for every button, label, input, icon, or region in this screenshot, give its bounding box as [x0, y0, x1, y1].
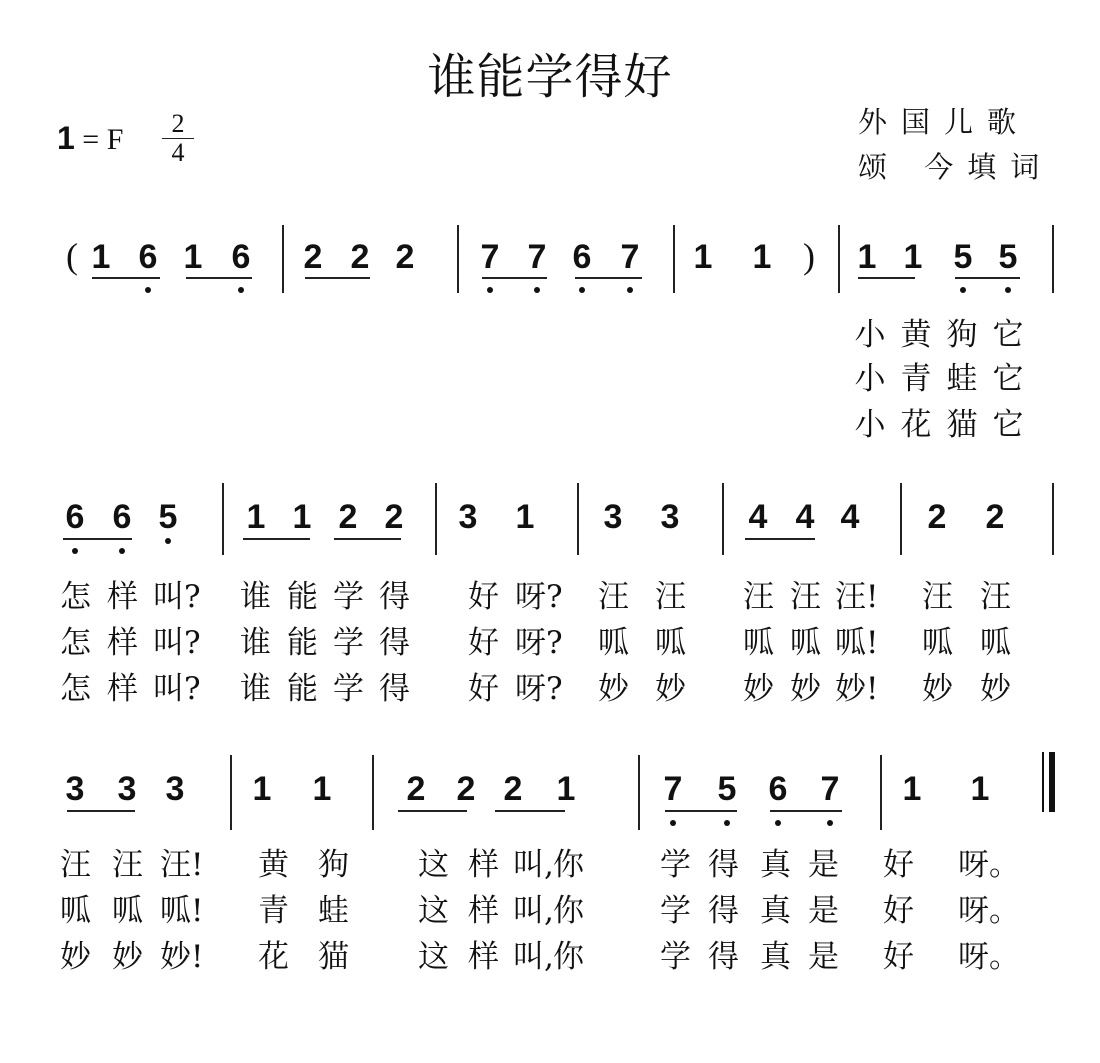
lyric-char: 真	[760, 940, 791, 974]
note: 6	[133, 240, 163, 274]
key-equals: =	[82, 123, 99, 156]
note: 5	[993, 240, 1023, 274]
note: 7	[475, 240, 505, 274]
lyric-char: 是	[808, 894, 839, 928]
beam-underline	[186, 277, 252, 279]
note: 1	[307, 772, 337, 806]
low-octave-dot	[165, 538, 171, 544]
lyric-char: 呱	[743, 626, 774, 660]
barline	[638, 755, 640, 830]
lyric-char: 青	[898, 362, 934, 396]
key-name: F	[107, 123, 124, 156]
barline	[880, 755, 882, 830]
lyric-char: 好	[468, 672, 499, 706]
note: 2	[980, 500, 1010, 534]
note: 5	[948, 240, 978, 274]
key-signature: 1 = F	[57, 120, 123, 157]
final-barline-thin	[1042, 752, 1044, 812]
low-octave-dot	[579, 287, 585, 293]
beam-underline	[243, 538, 310, 540]
lyric-char: 好	[883, 940, 914, 974]
note: 2	[379, 500, 409, 534]
lyric-char: 小	[852, 362, 888, 396]
lyric-char: 妙	[980, 672, 1011, 706]
lyric-char: 叫,	[513, 894, 554, 928]
lyric-char: 样	[107, 626, 138, 660]
beam-underline	[745, 538, 815, 540]
lyric-char: 样	[468, 894, 499, 928]
time-numerator: 2	[160, 112, 196, 136]
barline	[1052, 483, 1054, 555]
lyric-char: 样	[468, 848, 499, 882]
lyric-char: 学	[660, 894, 691, 928]
lyric-char: 黄	[898, 318, 934, 352]
low-octave-dot	[145, 287, 151, 293]
lyric-char: 你	[553, 940, 584, 974]
lyric-char: 怎	[60, 626, 91, 660]
lyric-char: 谁	[240, 672, 271, 706]
lyric-char: 这	[418, 848, 449, 882]
low-octave-dot	[960, 287, 966, 293]
lyric-char: 呀。	[958, 940, 1020, 974]
beam-underline	[955, 277, 1020, 279]
low-octave-dot	[72, 548, 78, 554]
lyric-char: 好	[883, 894, 914, 928]
note: 4	[835, 500, 865, 534]
lyric-char: 呱	[980, 626, 1011, 660]
beam-underline	[575, 277, 642, 279]
lyric-char: 妙	[60, 940, 91, 974]
lyric-char: 你	[553, 848, 584, 882]
lyric-char: 是	[808, 848, 839, 882]
lyric-char: 小	[852, 318, 888, 352]
lyric-char: 怎	[60, 672, 91, 706]
barline	[230, 755, 232, 830]
lyric-char: 汪	[743, 580, 774, 614]
barline	[900, 483, 902, 555]
lyric-char: 妙	[112, 940, 143, 974]
note: 6	[763, 772, 793, 806]
lyric-char: 叫?	[153, 626, 201, 660]
note: 1	[852, 240, 882, 274]
lyric-char: 叫?	[153, 672, 201, 706]
note: 6	[567, 240, 597, 274]
lyric-char: 是	[808, 940, 839, 974]
lyric-char: 呱	[790, 626, 821, 660]
lyric-char: 呱	[112, 894, 143, 928]
lyric-char: 叫,	[513, 940, 554, 974]
lyric-char: 花	[258, 940, 289, 974]
note: 3	[453, 500, 483, 534]
barline	[838, 225, 840, 293]
lyric-char: 青	[258, 894, 289, 928]
lyric-char: 样	[468, 940, 499, 974]
lyric-char: 汪	[922, 580, 953, 614]
beam-underline	[63, 538, 132, 540]
lyric-char: 蛙	[944, 362, 980, 396]
lyric-char: 呱	[655, 626, 686, 660]
lyric-char: 叫,	[513, 848, 554, 882]
note: 7	[815, 772, 845, 806]
lyric-char: 它	[990, 362, 1026, 396]
lyric-char: 呀。	[958, 894, 1020, 928]
lyric-char: 花	[898, 408, 934, 442]
lyric-char: 得	[708, 894, 739, 928]
lyric-char: 学	[660, 940, 691, 974]
note: 2	[345, 240, 375, 274]
note: 2	[922, 500, 952, 534]
barline	[722, 483, 724, 555]
credit-lyricist: 颂 今填词	[858, 145, 1053, 186]
time-signature: 2 4	[160, 112, 196, 165]
lyric-char: 狗	[944, 318, 980, 352]
note: 2	[498, 772, 528, 806]
lyric-char: 好	[468, 626, 499, 660]
low-octave-dot	[238, 287, 244, 293]
lyric-char: 妙!	[160, 940, 203, 974]
lyric-char: 样	[107, 580, 138, 614]
note: 3	[655, 500, 685, 534]
lyric-char: 好	[468, 580, 499, 614]
lyric-char: 样	[107, 672, 138, 706]
lyric-char: 能	[287, 580, 318, 614]
note: 3	[598, 500, 628, 534]
lyric-char: 妙	[655, 672, 686, 706]
note: 1	[688, 240, 718, 274]
note: 6	[226, 240, 256, 274]
lyric-char: 真	[760, 894, 791, 928]
low-octave-dot	[827, 820, 833, 826]
lyric-char: 小	[852, 408, 888, 442]
final-barline-thick	[1049, 752, 1055, 812]
note: 1	[247, 772, 277, 806]
barline	[222, 483, 224, 555]
lyric-char: 得	[379, 580, 410, 614]
lyric-char: 真	[760, 848, 791, 882]
lyric-char: 汪	[790, 580, 821, 614]
barline	[577, 483, 579, 555]
lyric-char: 呀?	[515, 626, 563, 660]
note: 2	[401, 772, 431, 806]
lyric-char: 学	[660, 848, 691, 882]
lyric-char: 能	[287, 672, 318, 706]
low-octave-dot	[487, 287, 493, 293]
note: 1	[178, 240, 208, 274]
note: 3	[112, 772, 142, 806]
lyric-char: 得	[708, 940, 739, 974]
lyric-char: 汪	[598, 580, 629, 614]
lyric-char: 呀?	[515, 672, 563, 706]
song-title: 谁能学得好	[0, 38, 1100, 107]
lyric-char: 狗	[318, 848, 349, 882]
note: 2	[298, 240, 328, 274]
note: 2	[333, 500, 363, 534]
low-octave-dot	[724, 820, 730, 826]
note: 4	[790, 500, 820, 534]
beam-underline	[398, 810, 467, 812]
lyric-char: 汪	[112, 848, 143, 882]
barline	[457, 225, 459, 293]
lyric-char: 汪	[655, 580, 686, 614]
lyric-char: 怎	[60, 580, 91, 614]
note: 1	[551, 772, 581, 806]
beam-underline	[495, 810, 565, 812]
lyric-char: 谁	[240, 580, 271, 614]
beam-underline	[482, 277, 547, 279]
note: 7	[522, 240, 552, 274]
note: 4	[743, 500, 773, 534]
lyric-char: 蛙	[318, 894, 349, 928]
lyric-char: 汪!	[835, 580, 878, 614]
lyric-char: 这	[418, 940, 449, 974]
lyric-char: 呱	[598, 626, 629, 660]
beam-underline	[334, 538, 401, 540]
barline	[673, 225, 675, 293]
lyric-char: 妙!	[835, 672, 878, 706]
barline	[282, 225, 284, 293]
note: 1	[965, 772, 995, 806]
lyric-char: 妙	[743, 672, 774, 706]
lyric-char: 呱!	[160, 894, 203, 928]
note: 1	[287, 500, 317, 534]
note: 6	[60, 500, 90, 534]
lyric-char: 汪!	[160, 848, 203, 882]
lyric-char: 得	[379, 626, 410, 660]
note: 1	[510, 500, 540, 534]
beam-underline	[305, 277, 370, 279]
credit-origin: 外国儿歌	[858, 100, 1030, 141]
lyric-char: 学	[333, 626, 364, 660]
low-octave-dot	[670, 820, 676, 826]
beam-underline	[92, 277, 160, 279]
low-octave-dot	[119, 548, 125, 554]
lyric-char: 汪	[60, 848, 91, 882]
low-octave-dot	[775, 820, 781, 826]
lyric-char: 呱	[60, 894, 91, 928]
lyric-char: 妙	[922, 672, 953, 706]
low-octave-dot	[1005, 287, 1011, 293]
lyric-char: 妙	[790, 672, 821, 706]
note: 5	[153, 500, 183, 534]
lyric-char: 得	[708, 848, 739, 882]
lyric-char: 它	[990, 318, 1026, 352]
lyric-char: 黄	[258, 848, 289, 882]
beam-underline	[67, 810, 135, 812]
lyric-char: 能	[287, 626, 318, 660]
lyric-char: 这	[418, 894, 449, 928]
lyric-char: 呀?	[515, 580, 563, 614]
lyric-char: 学	[333, 580, 364, 614]
note: 3	[60, 772, 90, 806]
note: 1	[747, 240, 777, 274]
lyric-char: 猫	[944, 408, 980, 442]
lyric-char: 呀。	[958, 848, 1020, 882]
note: 2	[390, 240, 420, 274]
barline	[372, 755, 374, 830]
lyric-char: 猫	[318, 940, 349, 974]
low-octave-dot	[627, 287, 633, 293]
note: 1	[897, 772, 927, 806]
lyric-char: 学	[333, 672, 364, 706]
lyric-char: 汪	[980, 580, 1011, 614]
note: 1	[86, 240, 116, 274]
note: 7	[615, 240, 645, 274]
beam-underline	[858, 277, 915, 279]
note: 2	[451, 772, 481, 806]
note: 6	[107, 500, 137, 534]
lyric-char: 呱!	[835, 626, 878, 660]
beam-underline	[665, 810, 737, 812]
beam-underline	[770, 810, 842, 812]
lyric-char: 谁	[240, 626, 271, 660]
lyric-char: 好	[883, 848, 914, 882]
bracket: (	[66, 238, 78, 274]
lyric-char: 你	[553, 894, 584, 928]
note: 1	[241, 500, 271, 534]
lyric-char: 它	[990, 408, 1026, 442]
note: 1	[898, 240, 928, 274]
key-tonic: 1	[57, 120, 75, 156]
lyric-char: 呱	[922, 626, 953, 660]
barline	[435, 483, 437, 555]
lyric-char: 妙	[598, 672, 629, 706]
time-denominator: 4	[160, 141, 196, 165]
barline	[1052, 225, 1054, 293]
low-octave-dot	[534, 287, 540, 293]
note: 3	[160, 772, 190, 806]
note: 5	[712, 772, 742, 806]
lyric-char: 得	[379, 672, 410, 706]
lyric-char: 叫?	[153, 580, 201, 614]
bracket: )	[803, 238, 815, 274]
note: 7	[658, 772, 688, 806]
